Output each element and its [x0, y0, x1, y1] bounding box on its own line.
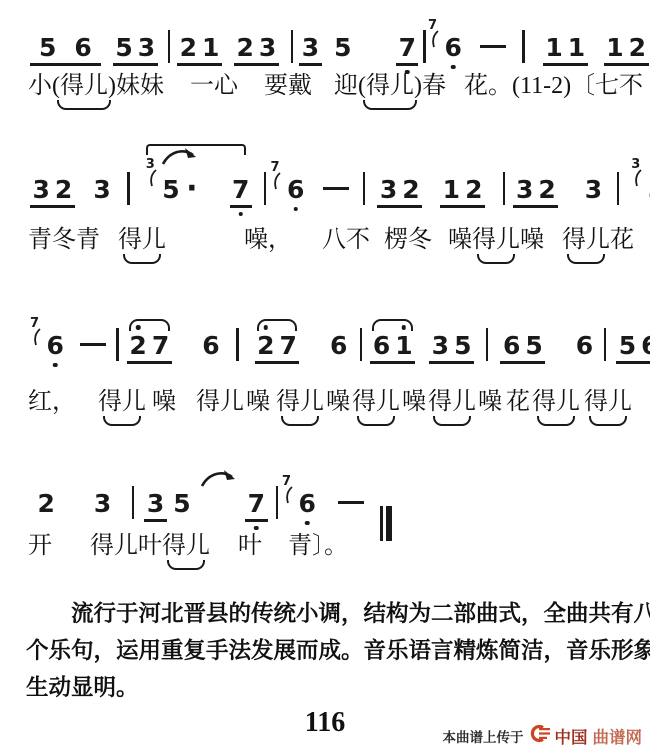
lyric-syllable: 青冬青: [28, 226, 100, 255]
note-digit: 3: [144, 491, 166, 516]
lyric-syllable: 得儿: [90, 532, 138, 561]
note-digit: 6: [65, 35, 100, 60]
note-group: 3: [144, 491, 166, 522]
note-digit: 2: [52, 177, 74, 202]
paragraph-line: 生动显明。: [26, 669, 650, 706]
note-group: 35·: [645, 174, 650, 204]
lyric-syllable: 红，: [28, 388, 76, 417]
note-group: 7: [230, 177, 252, 208]
note-digit: 5: [332, 35, 354, 60]
note-group: 6: [573, 333, 595, 358]
lyric-syllable: 迎: [334, 72, 358, 101]
note-digit: 3: [429, 333, 451, 358]
note-group: 35·: [160, 174, 202, 204]
note-digit: 6: [573, 333, 595, 358]
slide-arrow-icon: [160, 146, 202, 168]
note-group: 76: [44, 333, 66, 358]
note-group: 3: [582, 177, 604, 202]
barline: [503, 172, 506, 205]
lyrics-line-4: 开得儿叶得儿叶青〕。: [28, 532, 348, 561]
note-digit: 3: [377, 177, 399, 202]
lyric-syllable: 青〕。: [288, 532, 348, 561]
note-digit: 7: [149, 333, 171, 358]
note-group: 2: [35, 491, 57, 516]
note-digit: 1: [393, 333, 415, 358]
note-group: 3: [91, 491, 113, 516]
note-group: 5: [171, 491, 193, 516]
lyric-syllable: 得儿: [196, 388, 244, 417]
grace-note: 7: [30, 317, 44, 330]
note-digit: 6: [44, 333, 66, 358]
lyrics-line-2: 青冬青得儿噪，八不楞冬噪得儿噪得儿花: [28, 226, 634, 255]
dash-extension: [480, 45, 506, 49]
note-digit: 2: [35, 491, 57, 516]
barline: [423, 30, 426, 63]
note-group: 32: [513, 177, 558, 208]
note-digit: 1: [604, 35, 626, 60]
note-group: 3: [91, 177, 113, 202]
note-group: 76: [442, 35, 464, 60]
note-digit: 5: [171, 491, 193, 516]
lyric-syllable: 噪: [478, 388, 502, 417]
note-digit: 7: [277, 333, 299, 358]
notation-line-3: 7627627661356565653: [28, 328, 650, 378]
barline: [604, 328, 607, 361]
dash-extension: [338, 501, 364, 505]
note-group: 61: [370, 333, 415, 364]
note-digit: 2: [463, 177, 485, 202]
barline: [486, 328, 489, 361]
note-group: 5: [332, 35, 354, 60]
barline: [264, 172, 267, 205]
lyrics-line-1: 小(得儿)妹妹一心要戴迎(得儿)春花。(11-2)〔七不楞冬: [28, 72, 650, 101]
lyric-syllable: 春: [422, 72, 446, 101]
lyric-syllable: 叶: [138, 532, 162, 561]
lyric-syllable: 得儿: [584, 388, 632, 417]
note-digit: 2: [255, 333, 277, 358]
note-group: 23: [234, 35, 279, 66]
lyric-syllable: 得儿: [118, 226, 166, 255]
note-digit: 5: [160, 177, 182, 202]
lyric-syllable: 得儿: [472, 226, 520, 255]
dash-extension: [80, 343, 106, 347]
lyric-syllable: (得儿): [358, 72, 422, 101]
note-digit: 6: [639, 333, 650, 358]
notation-line-2: 32335·776321232335·7: [28, 172, 650, 222]
lyric-syllable: 噪: [402, 388, 426, 417]
lyrics-line-3: 红，得儿噪得儿噪得儿噪得儿噪得儿噪花得儿得儿: [28, 388, 632, 417]
note-group: 56: [30, 35, 101, 66]
note-digit: 6: [296, 491, 318, 516]
barline: [168, 30, 171, 63]
lyric-syllable: 花。: [464, 72, 512, 101]
lyric-syllable: 花: [610, 226, 634, 255]
note-digit: 6: [442, 35, 464, 60]
note-digit: 3: [256, 35, 278, 60]
sheet-music-page: 56532123357761112小(得儿)妹妹一心要戴迎(得儿)春花。(11-…: [0, 0, 650, 753]
grace-note: 3: [146, 158, 160, 171]
note-digit: 2: [234, 35, 256, 60]
note-group: 27: [127, 333, 172, 364]
note-digit: 5: [523, 333, 545, 358]
note-group: 27: [255, 333, 300, 364]
note-digit: 6: [284, 177, 306, 202]
note-group: 53: [113, 35, 158, 66]
lyric-syllable: 〔七不: [571, 72, 643, 101]
barline: [276, 486, 279, 519]
description-paragraph: 流行于河北晋县的传统小调，结构为二部曲式，全曲共有八 个乐句，运用重复手法发展而…: [26, 595, 650, 706]
note-group: 12: [440, 177, 485, 208]
note-group: 35: [429, 333, 474, 364]
note-digit: 2: [177, 35, 199, 60]
lyric-syllable: 得儿: [98, 388, 146, 417]
lyric-syllable: 噪，: [244, 226, 292, 255]
note-group: 6: [327, 333, 349, 358]
grace-note: 7: [428, 19, 442, 32]
note-group: 6: [200, 333, 222, 358]
note-digit: 1: [200, 35, 222, 60]
grace-note: 3: [631, 158, 645, 171]
lyric-syllable: 得儿: [562, 226, 610, 255]
note-digit: 5: [645, 177, 650, 202]
note-digit: 7: [230, 177, 252, 202]
lyric-syllable: 楞冬: [384, 226, 432, 255]
note-group: 32: [30, 177, 75, 208]
note-digit: 3: [299, 35, 321, 60]
barline: [363, 172, 366, 205]
barline: [116, 328, 119, 361]
note-digit: 5: [452, 333, 474, 358]
lyric-syllable: 花: [506, 388, 530, 417]
note-digit: 3: [582, 177, 604, 202]
lyric-syllable: 噪: [326, 388, 350, 417]
note-digit: 2: [626, 35, 648, 60]
note-group: 76: [296, 491, 318, 516]
barline: [522, 30, 525, 63]
note-digit: 3: [513, 177, 535, 202]
lyric-syllable: 八不: [322, 226, 370, 255]
note-digit: 2: [127, 333, 149, 358]
note-group: 3: [299, 35, 321, 66]
watermark: 本曲谱上传于 中国曲谱网: [443, 724, 643, 748]
note-group: 7: [396, 35, 418, 66]
lyric-syllable: 小: [28, 72, 52, 101]
site-name-light: 曲谱网: [593, 724, 643, 748]
slide-arrow-icon: [199, 510, 241, 512]
note-group: 11: [543, 35, 588, 66]
note-group: 7: [245, 491, 267, 522]
lyric-syllable: 噪: [448, 226, 472, 255]
note-digit: 3: [135, 35, 157, 60]
lyric-syllable: (得儿): [52, 72, 116, 101]
lyric-syllable: 噪: [520, 226, 544, 255]
notation-line-4: 2335776: [28, 486, 392, 536]
note-digit: 1: [440, 177, 462, 202]
lyric-syllable: 一心: [190, 72, 238, 101]
barline: [127, 172, 130, 205]
note-digit: 1: [565, 35, 587, 60]
lyric-syllable: 得儿: [428, 388, 476, 417]
barline: [360, 328, 363, 361]
barline: [617, 172, 620, 205]
note-group: 65: [500, 333, 545, 364]
note-group: 56: [616, 333, 650, 364]
barline: [132, 486, 135, 519]
note-digit: 6: [500, 333, 522, 358]
note-digit: 3: [30, 177, 52, 202]
paragraph-line: 个乐句，运用重复手法发展而成。音乐语言精炼简洁，音乐形象: [26, 632, 650, 669]
site-logo-icon: [529, 724, 550, 748]
lyric-syllable: 得儿: [532, 388, 580, 417]
lyric-syllable: 得儿: [162, 532, 210, 561]
note-digit: 5: [616, 333, 638, 358]
final-barline: [380, 506, 392, 541]
note-digit: 1: [543, 35, 565, 60]
site-name-bold: 中国: [555, 724, 588, 748]
note-digit: 2: [536, 177, 558, 202]
dash-extension: [323, 187, 349, 191]
barline: [291, 30, 294, 63]
note-digit: 3: [91, 491, 113, 516]
note-digit: 2: [400, 177, 422, 202]
lyric-syllable: 要戴: [264, 72, 312, 101]
lyric-syllable: (11-2): [512, 72, 571, 101]
barline: [236, 328, 239, 361]
note-group: 76: [284, 177, 306, 202]
note-digit: 3: [91, 177, 113, 202]
grace-note: 7: [270, 161, 284, 174]
lyric-syllable: 噪: [152, 388, 176, 417]
lyric-syllable: 噪: [246, 388, 270, 417]
lyric-syllable: 妹妹: [116, 72, 164, 101]
note-group: 32: [377, 177, 422, 208]
lyric-syllable: 叶: [238, 532, 262, 561]
note-digit: ·: [182, 174, 201, 204]
lyric-syllable: 开: [28, 532, 52, 561]
note-digit: 7: [245, 491, 267, 516]
lyric-syllable: 得儿: [276, 388, 324, 417]
lyric-syllable: 得儿: [352, 388, 400, 417]
note-digit: 7: [396, 35, 418, 60]
note-digit: 5: [30, 35, 65, 60]
note-digit: 6: [327, 333, 349, 358]
paragraph-line: 流行于河北晋县的传统小调，结构为二部曲式，全曲共有八: [26, 595, 650, 632]
watermark-text: 本曲谱上传于: [443, 726, 524, 746]
note-digit: 6: [200, 333, 222, 358]
note-digit: 6: [370, 333, 392, 358]
note-group: 12: [604, 35, 649, 66]
note-group: 21: [177, 35, 222, 66]
grace-note: 7: [282, 475, 296, 488]
note-digit: 5: [113, 35, 135, 60]
